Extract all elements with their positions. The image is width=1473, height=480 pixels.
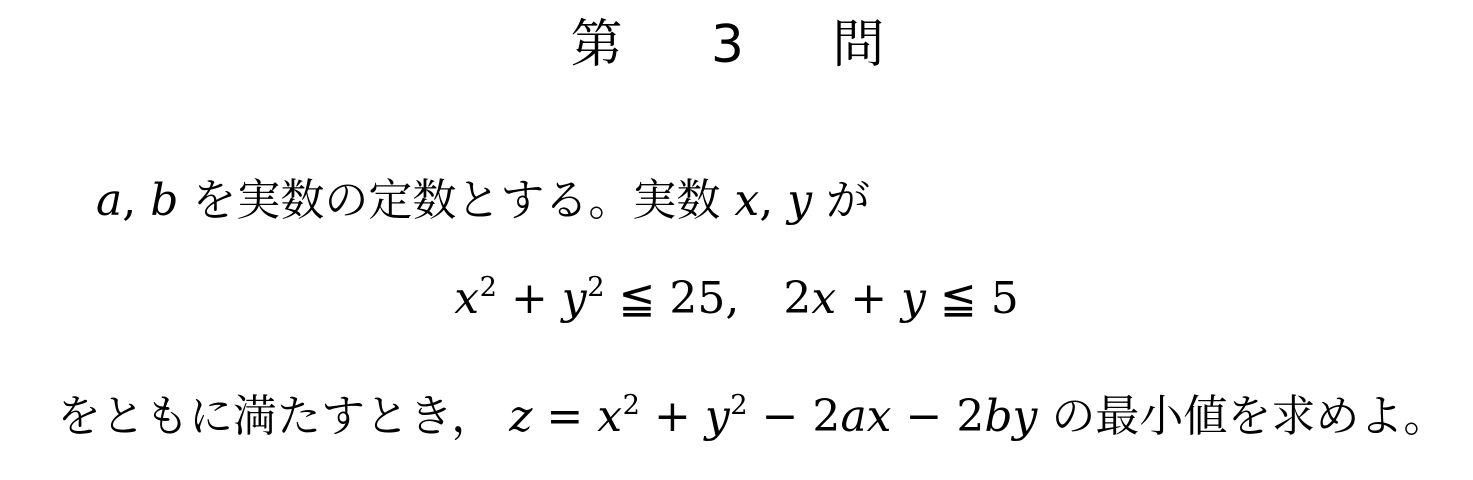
text-run: が bbox=[812, 175, 870, 226]
exam-problem-page: 第 3 問 a, b を実数の定数とする。実数 x, y が x2 + y2 ≦… bbox=[0, 0, 1473, 480]
text-run: 2 bbox=[480, 272, 497, 303]
text-run: x bbox=[734, 175, 759, 226]
text-run: 2 bbox=[623, 390, 640, 421]
text-run: − 2 bbox=[891, 391, 984, 442]
text-run: y bbox=[705, 391, 730, 442]
text-run: by bbox=[984, 391, 1037, 442]
problem-heading: 第 3 問 bbox=[0, 16, 1473, 76]
problem-statement-line1: a, b を実数の定数とする。実数 x, y が bbox=[96, 176, 870, 227]
text-run: y bbox=[787, 175, 812, 226]
constraint-inequalities: x2 + y2 ≦ 25, 2x + y ≦ 5 bbox=[0, 274, 1473, 325]
text-run: 2 bbox=[587, 272, 604, 303]
text-run: を実数の定数とする。実数 bbox=[178, 175, 734, 226]
text-run: a bbox=[96, 175, 122, 226]
text-run: の最小値を求めよ。 bbox=[1037, 391, 1447, 442]
text-run bbox=[495, 391, 509, 442]
text-run: − 2 bbox=[748, 391, 841, 442]
text-run: y bbox=[901, 273, 926, 324]
text-run: ≦ 5 bbox=[926, 273, 1019, 324]
text-run: x bbox=[454, 273, 479, 324]
text-run: , bbox=[759, 175, 787, 226]
text-run: 2 bbox=[783, 273, 811, 324]
text-run: 2 bbox=[730, 390, 747, 421]
text-run: b bbox=[150, 175, 178, 226]
text-run: = bbox=[532, 391, 597, 442]
text-run bbox=[739, 273, 783, 324]
text-run: z bbox=[509, 391, 532, 442]
problem-statement-line2: をともに満たすとき， z = x2 + y2 − 2ax − 2by の最小値を… bbox=[57, 392, 1447, 443]
text-run: ax bbox=[840, 391, 891, 442]
text-run: x bbox=[811, 273, 836, 324]
text-run: + bbox=[497, 273, 562, 324]
text-run: , bbox=[122, 175, 150, 226]
text-run: ≦ 25, bbox=[605, 273, 740, 324]
text-run: x bbox=[597, 391, 622, 442]
text-run: をともに満たすとき， bbox=[57, 391, 495, 442]
text-run: y bbox=[562, 273, 587, 324]
text-run: + bbox=[640, 391, 705, 442]
text-run: + bbox=[836, 273, 901, 324]
